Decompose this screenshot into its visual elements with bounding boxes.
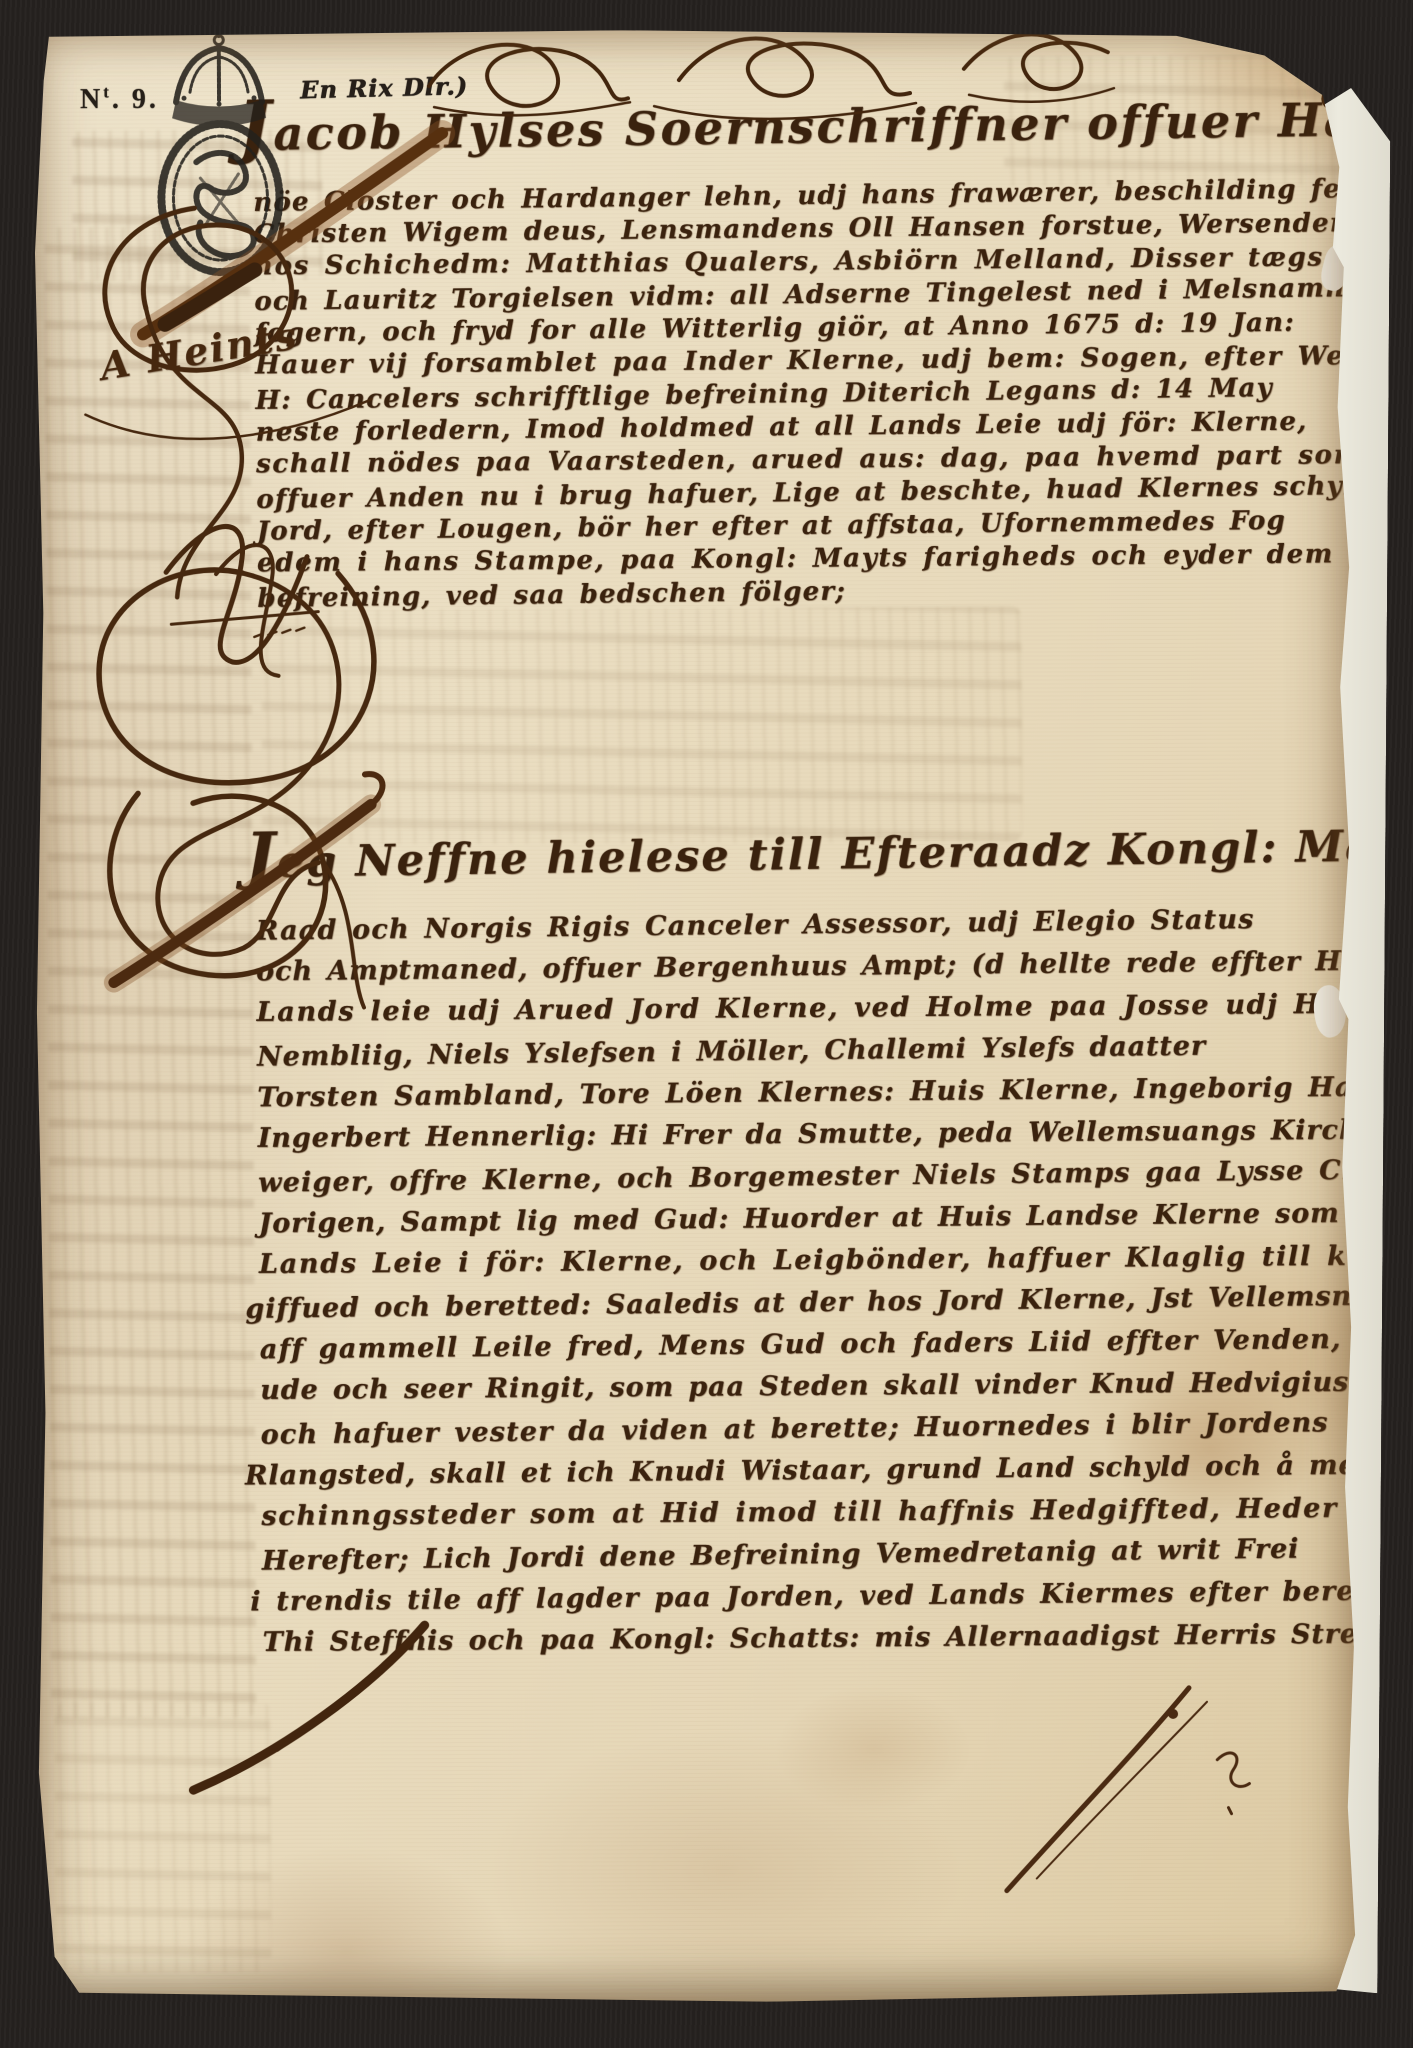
stamp-denomination: En Rix Dlr.) [300, 71, 469, 104]
bleed-through-text [55, 1702, 271, 1973]
document-heading: Jacob Hylses Soernschriffner offuer Hals [238, 92, 1405, 161]
archival-photo-background: Nt. 9. En Rix Dlr.) Jacob Hylses Soernsc… [0, 0, 1413, 2048]
stamp-number: Nt. 9. [80, 82, 159, 116]
paragraph-1: nöe Closter och Hardanger lehn, udj hans… [253, 173, 1413, 615]
notary-paraph [1006, 1688, 1250, 1891]
bleed-through-text [45, 227, 256, 1718]
stamp-number-superscript: t [103, 83, 112, 102]
manuscript-text-line: Thi Steffnis och paa Kongl: Schatts: mis… [262, 1612, 1413, 1664]
paragraph-2: Raad och Norgis Rigis Canceler Assessor,… [256, 897, 1413, 1665]
stamp-number-prefix: N [80, 84, 103, 115]
manuscript-page: Nt. 9. En Rix Dlr.) Jacob Hylses Soernsc… [14, 7, 1375, 2013]
paragraph-2-opening: Jeg Neffne hielese till Efteraadz Kongl:… [245, 820, 1413, 888]
bleed-through-text [261, 607, 1022, 845]
stamp-number-suffix: . 9. [112, 84, 159, 115]
